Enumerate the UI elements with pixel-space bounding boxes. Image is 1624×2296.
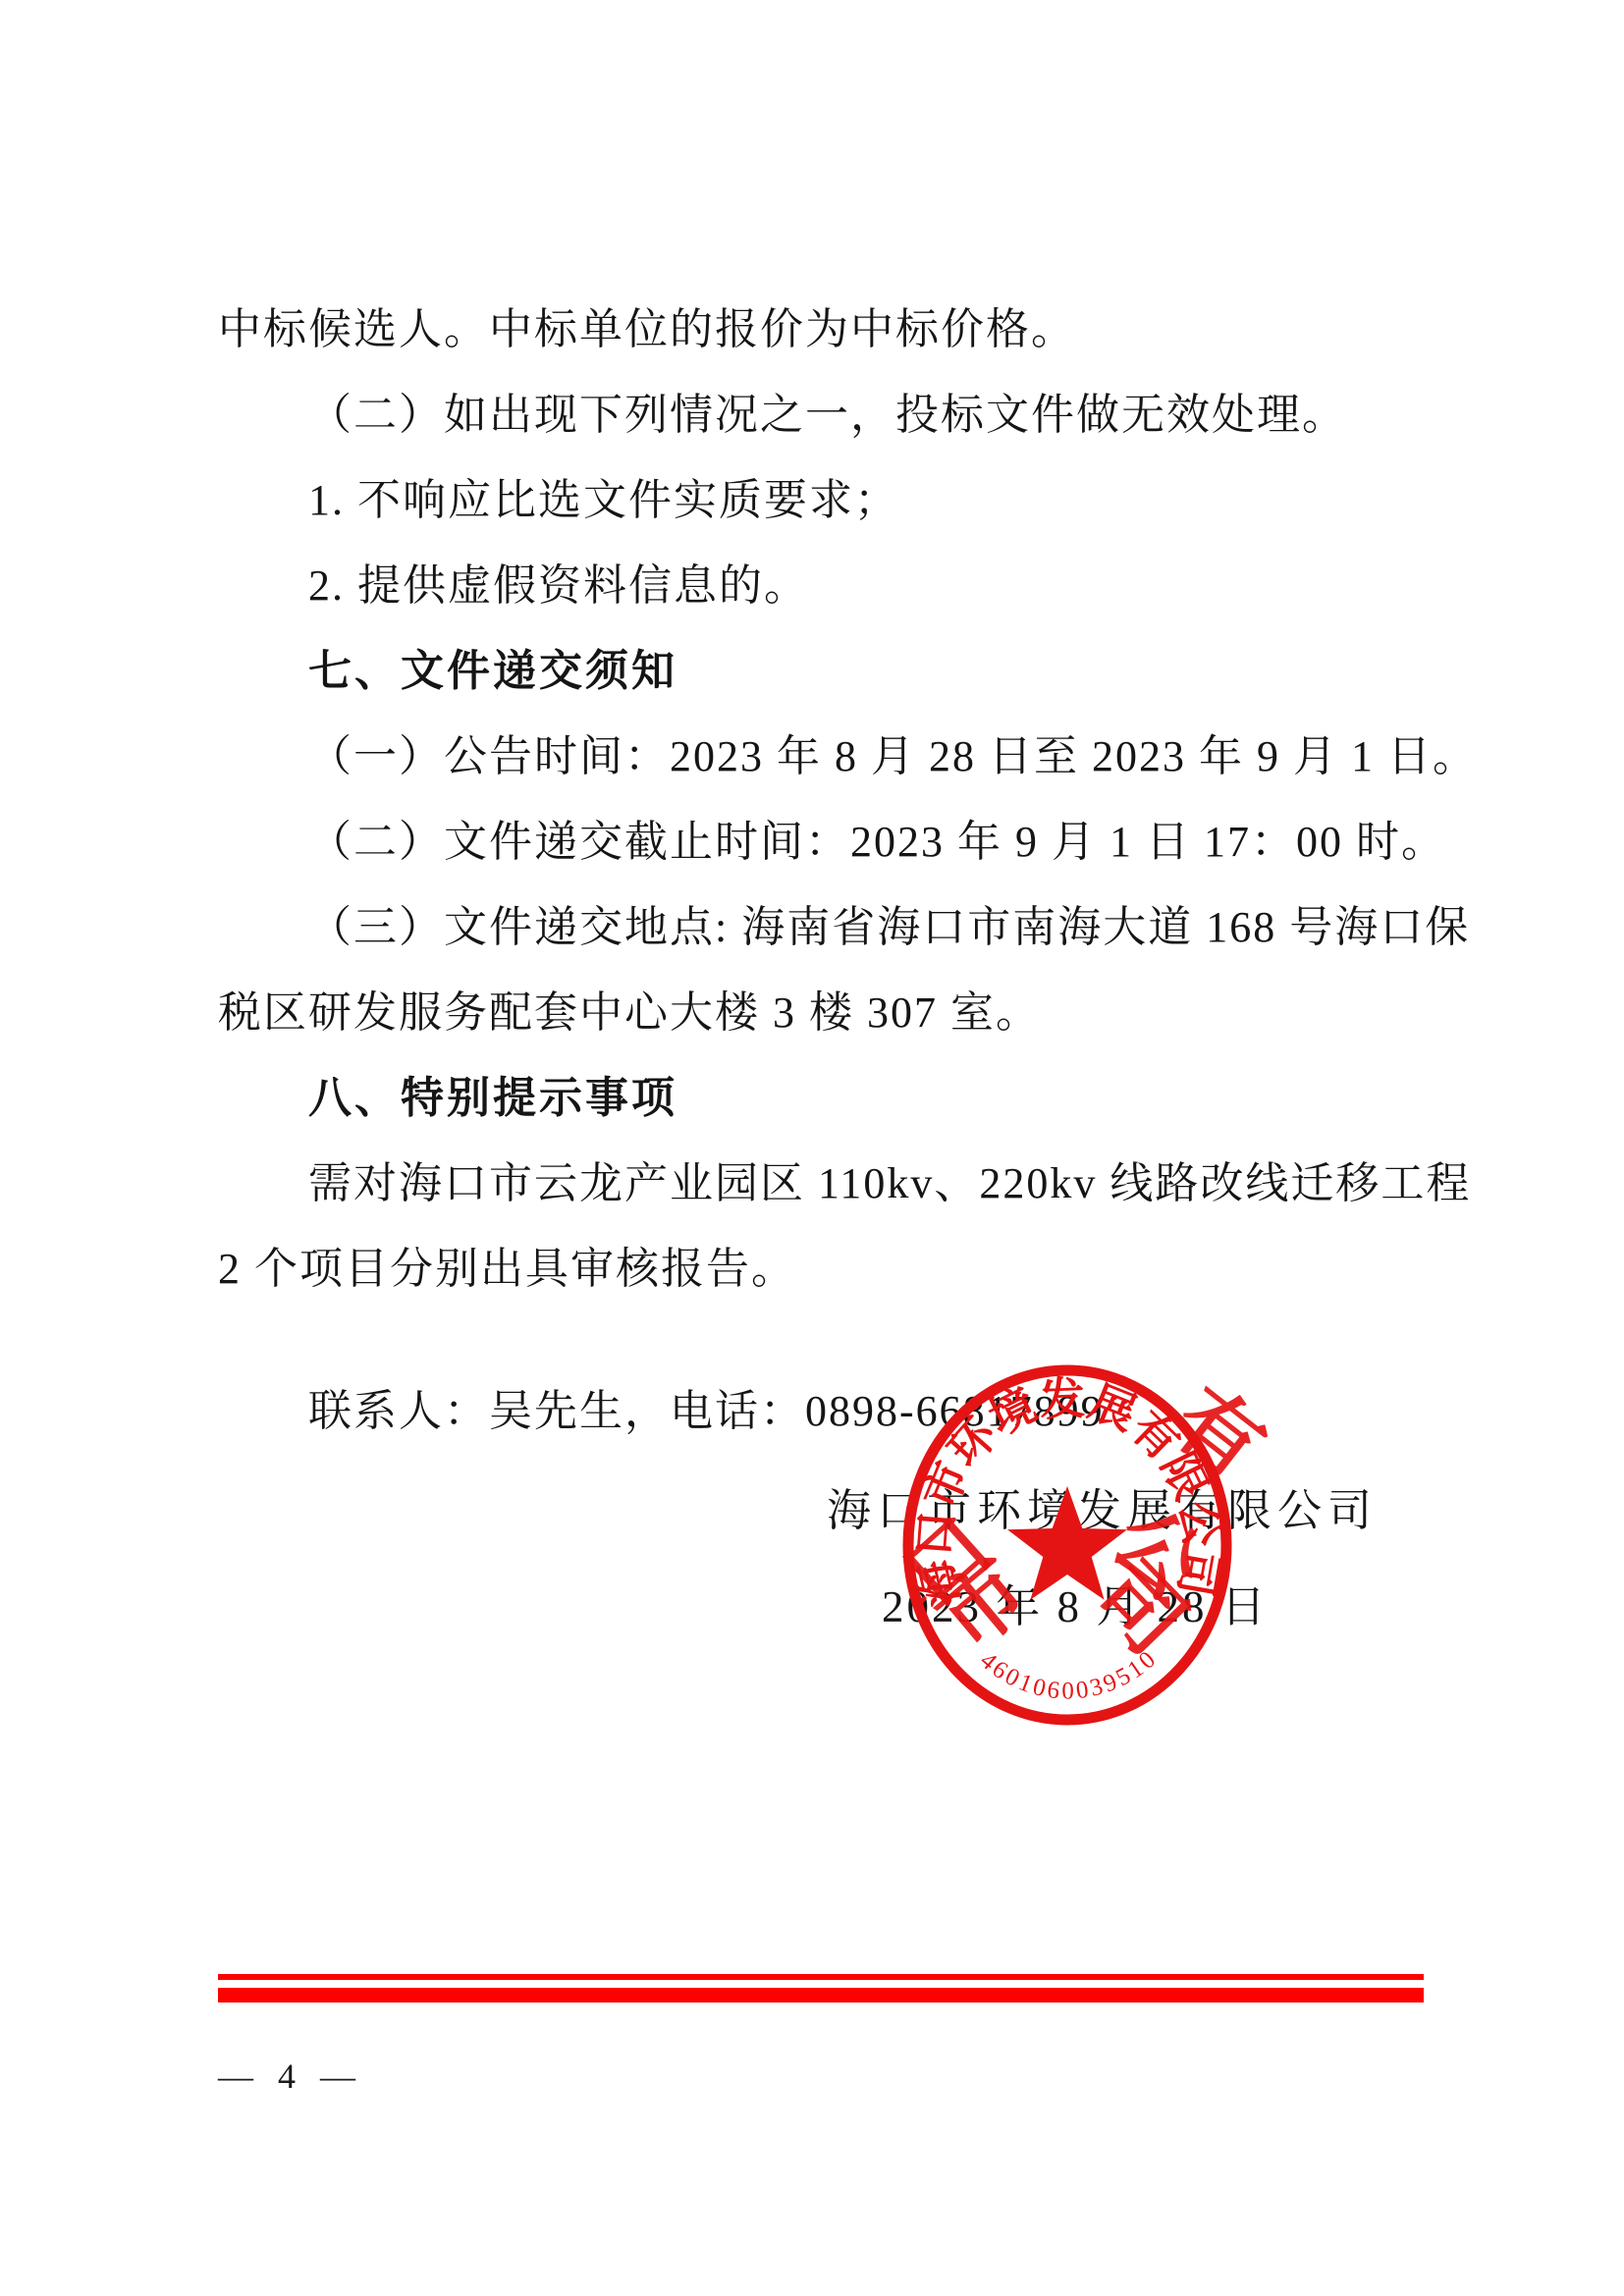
paragraph-line: 中标候选人。中标单位的报价为中标价格。 bbox=[218, 287, 1414, 372]
section-heading: 七、文件递交须知 bbox=[218, 628, 1414, 714]
paragraph-line: （二）如出现下列情况之一，投标文件做无效处理。 bbox=[218, 372, 1414, 457]
paragraph-line: （二）文件递交截止时间：2023 年 9 月 1 日 17：00 时。 bbox=[218, 799, 1414, 884]
section-heading: 八、特别提示事项 bbox=[218, 1055, 1414, 1141]
paragraph-line: 税区研发服务配套中心大楼 3 楼 307 室。 bbox=[218, 970, 1414, 1055]
footer-rule-thick-line bbox=[218, 1988, 1424, 2002]
svg-text:4601060039510: 4601060039510 bbox=[975, 1646, 1161, 1704]
paragraph-line: 2 个项目分别出具审核报告。 bbox=[218, 1226, 1414, 1311]
footer-rule-gap bbox=[218, 1980, 1424, 1988]
document-page: 中标候选人。中标单位的报价为中标价格。 （二）如出现下列情况之一，投标文件做无效… bbox=[0, 0, 1624, 2296]
paragraph-line: （三）文件递交地点: 海南省海口市南海大道 168 号海口保 bbox=[218, 884, 1414, 970]
page-number: — 4 — bbox=[218, 2056, 363, 2097]
document-body: 中标候选人。中标单位的报价为中标价格。 （二）如出现下列情况之一，投标文件做无效… bbox=[218, 287, 1414, 1454]
list-item: 1. 不响应比选文件实质要求； bbox=[218, 457, 1414, 543]
list-item: 2. 提供虚假资料信息的。 bbox=[218, 543, 1414, 628]
footer-rule bbox=[218, 1974, 1424, 2002]
paragraph-line: 需对海口市云龙产业园区 110kv、220kv 线路改线迁移工程 bbox=[218, 1141, 1414, 1226]
seal-graphic: 海口市环境发展有限公司 4601060039510 bbox=[895, 1362, 1239, 1730]
official-seal: 海口市环境发展有限公司 4601060039510 bbox=[895, 1362, 1239, 1730]
paragraph-line: （一）公告时间：2023 年 8 月 28 日至 2023 年 9 月 1 日。 bbox=[218, 714, 1414, 799]
seal-serial-number: 4601060039510 bbox=[975, 1646, 1161, 1704]
star-icon bbox=[1007, 1486, 1127, 1600]
